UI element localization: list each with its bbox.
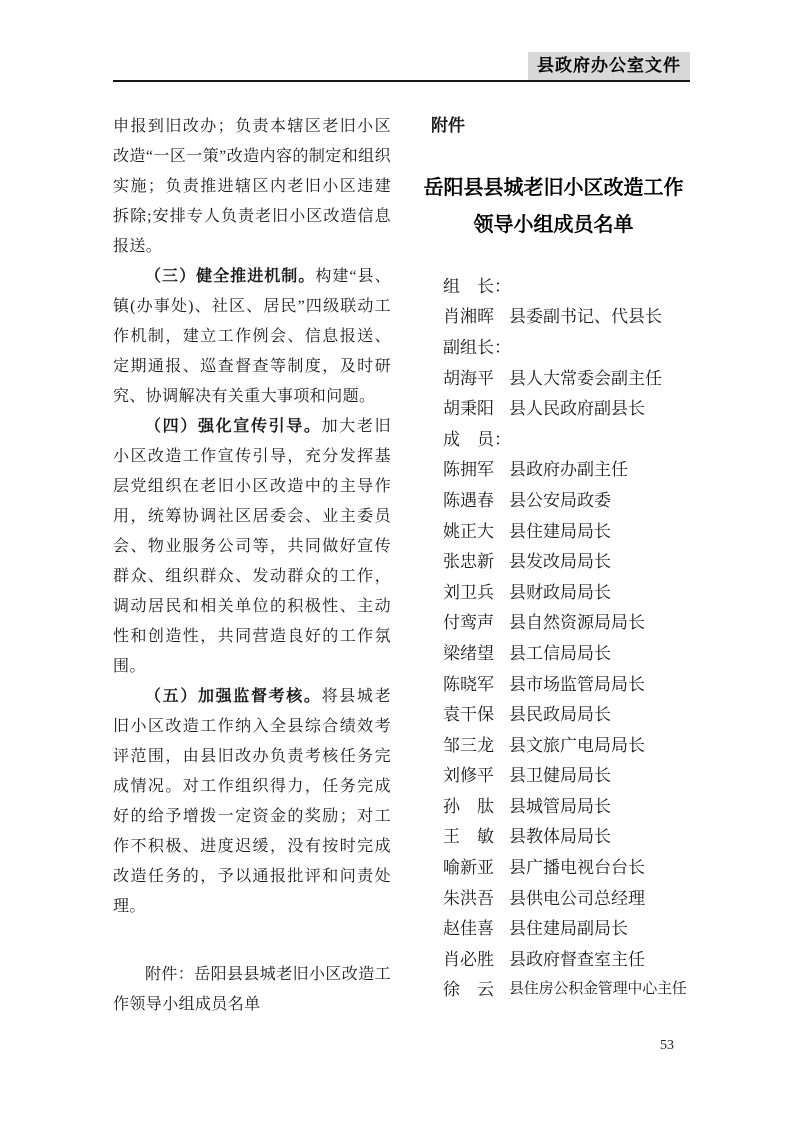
roster-name: 袁干保 [443, 700, 501, 725]
roster-position: 县公安局政委 [509, 486, 611, 511]
roster-name: 副组长： [443, 333, 501, 358]
roster-row: 刘修平 县卫健局局长 [443, 759, 690, 790]
roster-row: 刘卫兵 县财政局局长 [443, 575, 690, 606]
attachment-note: 附件：岳阳县县城老旧小区改造工作领导小组成员名单 [113, 960, 391, 1020]
roster-row: 肖湘晖 县委副书记、代县长 [443, 300, 690, 331]
roster-name: 喻新亚 [443, 853, 501, 878]
roster-position: 县住建局局长 [509, 517, 611, 542]
roster-position: 县民政局局长 [509, 700, 611, 725]
roster-name: 陈遇春 [443, 486, 501, 511]
body-paragraph: 申报到旧改办；负责本辖区老旧小区改造“一区一策”改造内容的制定和组织实施；负责推… [113, 112, 391, 262]
paragraph-lead: （五）加强监督考核。 [145, 688, 322, 705]
roster-row: 朱洪吾 县供电公司总经理 [443, 881, 690, 912]
roster-position: 县政府办副主任 [509, 455, 628, 480]
roster-name: 梁绪望 [443, 639, 501, 664]
roster-row: 副组长： [443, 330, 690, 361]
roster-position: 县卫健局局长 [509, 761, 611, 786]
roster-position: 县发改局局长 [509, 547, 611, 572]
roster-row: 梁绪望 县工信局局长 [443, 636, 690, 667]
body-paragraph: （四）强化宣传引导。加大老旧小区改造工作宣传引导，充分发挥基层党组织在老旧小区改… [113, 412, 391, 682]
attachment-title-line1: 岳阳县县城老旧小区改造工作 [424, 177, 684, 199]
roster-name: 组 长： [443, 272, 501, 297]
roster-row: 赵佳喜 县住建局副局长 [443, 911, 690, 942]
paragraph-text: 申报到旧改办；负责本辖区老旧小区改造“一区一策”改造内容的制定和组织实施；负责推… [113, 118, 391, 255]
paragraph-lead: （四）强化宣传引导。 [145, 418, 322, 435]
attachment-title: 岳阳县县城老旧小区改造工作 领导小组成员名单 [417, 170, 690, 244]
right-column: 附件 岳阳县县城老旧小区改造工作 领导小组成员名单 组 长： 肖湘晖 县委副书记… [417, 112, 690, 1003]
roster-name: 胡海平 [443, 364, 501, 389]
roster-name: 肖必胜 [443, 945, 501, 970]
roster-name: 付鸾声 [443, 608, 501, 633]
attachment-title-line2: 领导小组成员名单 [474, 214, 634, 236]
header-rule [113, 80, 690, 82]
roster-row: 胡秉阳 县人民政府副县长 [443, 391, 690, 422]
roster-name: 肖湘晖 [443, 302, 501, 327]
left-column: 申报到旧改办；负责本辖区老旧小区改造“一区一策”改造内容的制定和组织实施；负责推… [113, 112, 391, 1020]
roster-row: 孙 肽 县城管局局长 [443, 789, 690, 820]
paragraph-text: 加大老旧小区改造工作宣传引导，充分发挥基层党组织在老旧小区改造中的主导作用，统筹… [113, 418, 391, 675]
roster-row: 陈遇春 县公安局政委 [443, 483, 690, 514]
roster-name: 朱洪吾 [443, 884, 501, 909]
roster-row: 肖必胜 县政府督查室主任 [443, 942, 690, 973]
roster-row: 胡海平 县人大常委会副主任 [443, 361, 690, 392]
paragraph-text: 构建“县、镇(办事处)、社区、居民”四级联动工作机制，建立工作例会、信息报送、定… [113, 268, 391, 405]
roster-position: 县人民政府副县长 [509, 394, 645, 419]
roster-row: 袁干保 县民政局局长 [443, 697, 690, 728]
roster-position: 县广播电视台台长 [509, 853, 645, 878]
roster-name: 成 员： [443, 425, 501, 450]
roster-position: 县市场监管局局长 [509, 670, 645, 695]
roster-name: 姚正大 [443, 517, 501, 542]
roster-name: 陈晓军 [443, 670, 501, 695]
roster-position: 县城管局局长 [509, 792, 611, 817]
roster-position: 县住建局副局长 [509, 914, 628, 939]
roster-row: 王 敏 县教体局局长 [443, 820, 690, 851]
body-paragraph: （五）加强监督考核。将县城老旧小区改造工作纳入全县综合绩效考评范围，由县旧改办负… [113, 682, 391, 922]
roster-position: 县政府督查室主任 [509, 945, 645, 970]
body-paragraph: （三）健全推进机制。构建“县、镇(办事处)、社区、居民”四级联动工作机制，建立工… [113, 262, 391, 412]
roster-position: 县委副书记、代县长 [509, 302, 662, 327]
roster-row: 组 长： [443, 269, 690, 300]
roster-position: 县自然资源局局长 [509, 608, 645, 633]
roster-name: 赵佳喜 [443, 914, 501, 939]
roster-row: 付鸾声 县自然资源局局长 [443, 606, 690, 637]
paragraph-lead: （三）健全推进机制。 [145, 268, 315, 285]
roster-name: 邹三龙 [443, 731, 501, 756]
roster-row: 陈拥军 县政府办副主任 [443, 453, 690, 484]
roster-name: 孙 肽 [443, 792, 501, 817]
roster-position: 县工信局局长 [509, 639, 611, 664]
roster-row: 徐 云 县住房公积金管理中心主任 [443, 973, 690, 1004]
document-page: 县政府办公室文件 申报到旧改办；负责本辖区老旧小区改造“一区一策”改造内容的制定… [0, 0, 793, 1122]
roster-row: 喻新亚 县广播电视台台长 [443, 850, 690, 881]
roster-row: 陈晓军 县市场监管局局长 [443, 667, 690, 698]
roster-name: 徐 云 [443, 975, 501, 1000]
roster-row: 张忠新 县发改局局长 [443, 544, 690, 575]
roster-name: 胡秉阳 [443, 394, 501, 419]
roster-position: 县人大常委会副主任 [509, 364, 662, 389]
roster-row: 成 员： [443, 422, 690, 453]
roster-name: 刘修平 [443, 761, 501, 786]
roster-list: 组 长： 肖湘晖 县委副书记、代县长 副组长： 胡海平 县人大常委会副主任 胡秉… [417, 269, 690, 1003]
paragraph-text: 将县城老旧小区改造工作纳入全县综合绩效考评范围，由县旧改办负责考核任务完成情况。… [113, 688, 391, 915]
roster-row: 邹三龙 县文旅广电局局长 [443, 728, 690, 759]
roster-row: 姚正大 县住建局局长 [443, 514, 690, 545]
page-number: 53 [660, 1038, 674, 1054]
roster-position: 县教体局局长 [509, 822, 611, 847]
roster-name: 王 敏 [443, 822, 501, 847]
roster-position: 县住房公积金管理中心主任 [509, 977, 687, 998]
header-doc-type-label: 县政府办公室文件 [528, 52, 690, 80]
roster-name: 陈拥军 [443, 455, 501, 480]
roster-name: 张忠新 [443, 547, 501, 572]
roster-position: 县财政局局长 [509, 578, 611, 603]
attachment-label: 附件 [417, 112, 690, 140]
roster-position: 县供电公司总经理 [509, 884, 645, 909]
left-paragraphs: 申报到旧改办；负责本辖区老旧小区改造“一区一策”改造内容的制定和组织实施；负责推… [113, 112, 391, 922]
roster-name: 刘卫兵 [443, 578, 501, 603]
roster-position: 县文旅广电局局长 [509, 731, 645, 756]
